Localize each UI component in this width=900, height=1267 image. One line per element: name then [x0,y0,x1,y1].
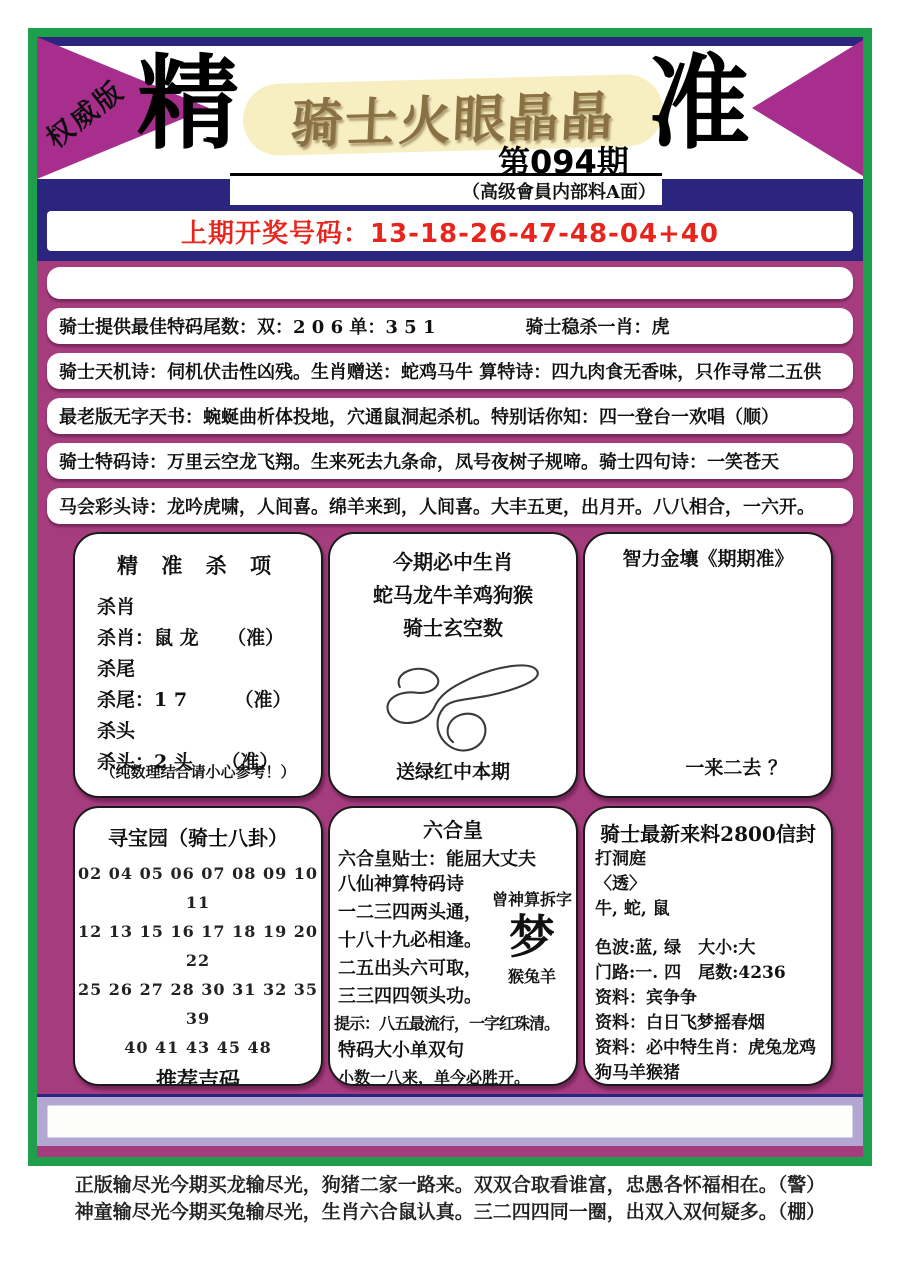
notice-row-wordless-book: 最老版无字天书：蜿蜒曲析体投地，穴通鼠洞起杀机。特别话你知：四一登台一欢唱（顺） [47,398,853,434]
treasure-box: 寻宝园（骑士八卦） 02 04 05 06 07 08 09 10 11 12 … [73,806,323,1086]
last-draw-banner: 上期开奖号码：13-18-26-47-48-04+40 [37,205,863,261]
liuhe-poem-line: 三三四四领头功。 [338,983,488,1011]
mail-line: 资料：必中特生肖：虎兔龙鸡狗马羊猴猪 [595,1036,825,1086]
notice-row-tail-numbers: 骑士提供最佳特码尾数：双：2 0 6 单：3 5 1 骑士稳杀一肖：虎 [47,308,853,344]
notice-row-tianji-poem: 骑士天机诗：伺机伏击性凶残。生肖赠送：蛇鸡马牛 算特诗：四九肉食无香味，只作寻常… [47,353,853,389]
treasure-number-line: 12 13 15 16 17 18 19 20 22 [75,917,321,975]
liuhe-poem-line: 一二三四两头通， [338,899,488,927]
tip-sheet: 权威版 精 骑士火眼晶晶 第094期 准 （高级會員内部料A面） 上期开奖号码：… [28,28,872,1166]
wisdom-box-title: 智力金壤《期期准》 [585,544,831,571]
character-split-title: 曾神算拆字 [488,887,576,910]
mail-line: 打洞庭 [595,847,825,872]
mail-box-title: 骑士最新来料2800信封 [585,818,831,847]
title-right-char: 准 [648,51,750,158]
zodiac-box: 今期必中生肖 蛇马龙牛羊鸡狗猴 骑士玄空数 送绿红中本期 [328,532,578,798]
zodiac-box-footer: 送绿红中本期 [330,757,576,784]
title-left-char: 精 [137,51,239,158]
treasure-number-grid: 02 04 05 06 07 08 09 10 11 12 13 15 16 1… [75,859,321,1062]
zodiac-line-2: 蛇马龙牛羊鸡狗猴 [330,579,576,612]
mail-line: 资料：白日飞梦摇春烟 [595,1011,825,1036]
liuhe-poem-line: 二五出头六可取， [338,955,488,983]
lucky-codes-title: 推荐吉码 [75,1064,321,1086]
liuhe-hint: 提示：八五最流行，一字红珠清。 [334,1011,576,1037]
liuhe-tip: 六合皇贴士：能屈大丈夫 [338,845,576,871]
kill-line: 杀尾：1 7 （准） [97,685,321,716]
kill-line: 杀尾 [97,654,321,685]
mail-line: 门路:一. 四 尾数:4236 [595,961,825,986]
boxes-row-2: 寻宝园（骑士八卦） 02 04 05 06 07 08 09 10 11 12 … [73,806,863,1086]
verse-line-1: 正版输尽光今期买龙输尽光，狗猪二家一路来。双双合取看谁富，忠愚各怀福相在。（警） [0,1172,900,1199]
edition-label: 权威版 [37,69,131,155]
liuhe-poem: 八仙神算特码诗 一二三四两头通， 十八十九必相逢。 二五出头六可取， 三三四四领… [338,871,488,1011]
last-draw-box: 上期开奖号码：13-18-26-47-48-04+40 [47,211,853,251]
liuhe-size-line: 特码大小单双句 [338,1037,576,1064]
mail-line: 〈透〉 [595,872,825,897]
liuhe-last-line: 小数一八来，单今必胜开。 [338,1064,576,1086]
treasure-number-line: 02 04 05 06 07 08 09 10 11 [75,859,321,917]
wisdom-box: 智力金壤《期期准》 一来二去 ？ [583,532,833,798]
liuhe-box: 六合皇 六合皇贴士：能屈大丈夫 八仙神算特码诗 一二三四两头通， 十八十九必相逢… [328,806,578,1086]
treasure-box-title: 寻宝园（骑士八卦） [75,822,321,851]
treasure-number-line: 40 41 43 45 48 [75,1033,321,1062]
character-split: 曾神算拆字 梦 猴兔羊 [488,871,576,1011]
liuhe-poem-title: 八仙神算特码诗 [338,871,488,899]
wisdom-box-footer: 一来二去 ？ [685,753,787,780]
bottom-verses: 正版输尽光今期买龙输尽光，狗猪二家一路来。双双合取看谁富，忠愚各怀福相在。（警）… [0,1172,900,1226]
mail-line: 牛, 蛇, 鼠 [595,897,825,922]
mail-line: 色波:蓝, 绿 大小:大 [595,936,825,961]
zodiac-line-1: 今期必中生肖 [330,546,576,579]
notice-row-caitou-poem: 马会彩头诗：龙吟虎啸，人间喜。绵羊来到，人间喜。大丰五更，出月开。八八相合，一六… [47,488,853,524]
character-split-char: 梦 [488,910,576,964]
header: 权威版 精 骑士火眼晶晶 第094期 准 [37,37,863,179]
kill-box: 精 准 杀 项 杀肖 杀肖：鼠 龙 （准） 杀尾 杀尾：1 7 （准） 杀头 杀… [73,532,323,798]
scribble-doodle [358,651,548,763]
blank-row [47,267,853,299]
kill-line: 杀肖 [97,592,321,623]
last-draw-text: 上期开奖号码：13-18-26-47-48-04+40 [181,213,719,250]
body-area: 骑士提供最佳特码尾数：双：2 0 6 单：3 5 1 骑士稳杀一肖：虎 骑士天机… [37,261,863,1157]
kill-box-footer: （纯数理结合请小心参考！） [75,761,321,782]
liuhe-box-title: 六合皇 [330,814,576,843]
kill-box-title: 精 准 杀 项 [75,550,321,580]
zodiac-line-3: 骑士玄空数 [330,612,576,645]
lavender-blank-box [47,1105,853,1138]
liuhe-poem-line: 十八十九必相逢。 [338,927,488,955]
kill-box-lines: 杀肖 杀肖：鼠 龙 （准） 杀尾 杀尾：1 7 （准） 杀头 杀头：2 头 （准… [97,592,321,778]
member-note-bar: （高级會員内部料A面） [37,179,863,205]
boxes-row-1: 精 准 杀 项 杀肖 杀肖：鼠 龙 （准） 杀尾 杀尾：1 7 （准） 杀头 杀… [73,532,863,798]
kill-line: 杀肖：鼠 龙 （准） [97,623,321,654]
kill-line: 杀头 [97,716,321,747]
member-note: （高级會員内部料A面） [230,173,662,205]
notice-row-special-poem: 骑士特码诗：万里云空龙飞翔。生来死去九条命，凤号夜树子规啼。骑士四句诗：一笑苍天 [47,443,853,479]
mail-line: 资料：宾争争 [595,986,825,1011]
mail-box: 骑士最新来料2800信封 打洞庭 〈透〉 牛, 蛇, 鼠 色波:蓝, 绿 大小:… [583,806,833,1086]
liuhe-main: 八仙神算特码诗 一二三四两头通， 十八十九必相逢。 二五出头六可取， 三三四四领… [338,871,576,1011]
lavender-strip [37,1094,863,1146]
right-flag-triangle [752,40,863,176]
character-split-zodiac: 猴兔羊 [488,964,576,987]
treasure-number-line: 25 26 27 28 30 31 32 35 39 [75,975,321,1033]
verse-line-2: 神童输尽光今期买兔输尽光，生肖六合鼠认真。三二四四同一圈，出双入双何疑多。（棚） [0,1199,900,1226]
